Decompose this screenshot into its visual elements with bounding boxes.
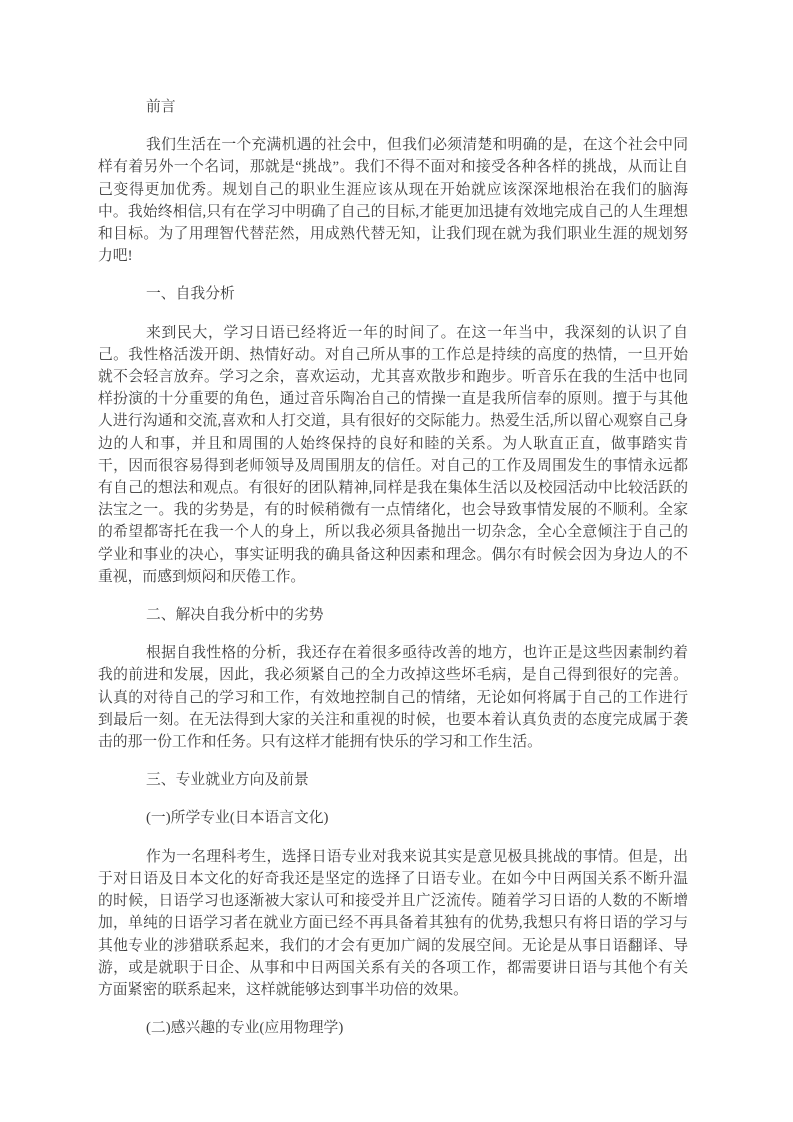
document-page: 前言 我们生活在一个充满机遇的社会中，但我们必须清楚和明确的是，在这个社会中同样… bbox=[0, 0, 793, 1122]
document-content: 前言 我们生活在一个充满机遇的社会中，但我们必须清楚和明确的是，在这个社会中同样… bbox=[98, 96, 688, 1055]
section3-heading: 三、专业就业方向及前景 bbox=[98, 769, 688, 791]
section1-paragraph: 来到民大，学习日语已经将近一年的时间了。在这一年当中，我深刻的认识了自己。我性格… bbox=[98, 322, 688, 588]
section2-paragraph: 根据自我性格的分析，我还存在着很多亟待改善的地方，也许正是这些因素制约着我的前进… bbox=[98, 642, 688, 753]
section3-sub1-paragraph: 作为一名理科考生，选择日语专业对我来说其实是意见极具挑战的事情。但是，出于对日语… bbox=[98, 846, 688, 1001]
section3-sub2-heading: (二)感兴趣的专业(应用物理学) bbox=[98, 1017, 688, 1039]
section3-sub1-heading: (一)所学专业(日本语言文化) bbox=[98, 807, 688, 829]
preface-paragraph: 我们生活在一个充满机遇的社会中，但我们必须清楚和明确的是，在这个社会中同样有着另… bbox=[98, 134, 688, 267]
section1-heading: 一、自我分析 bbox=[98, 283, 688, 305]
preface-heading: 前言 bbox=[98, 96, 688, 118]
section2-heading: 二、解决自我分析中的劣势 bbox=[98, 604, 688, 626]
